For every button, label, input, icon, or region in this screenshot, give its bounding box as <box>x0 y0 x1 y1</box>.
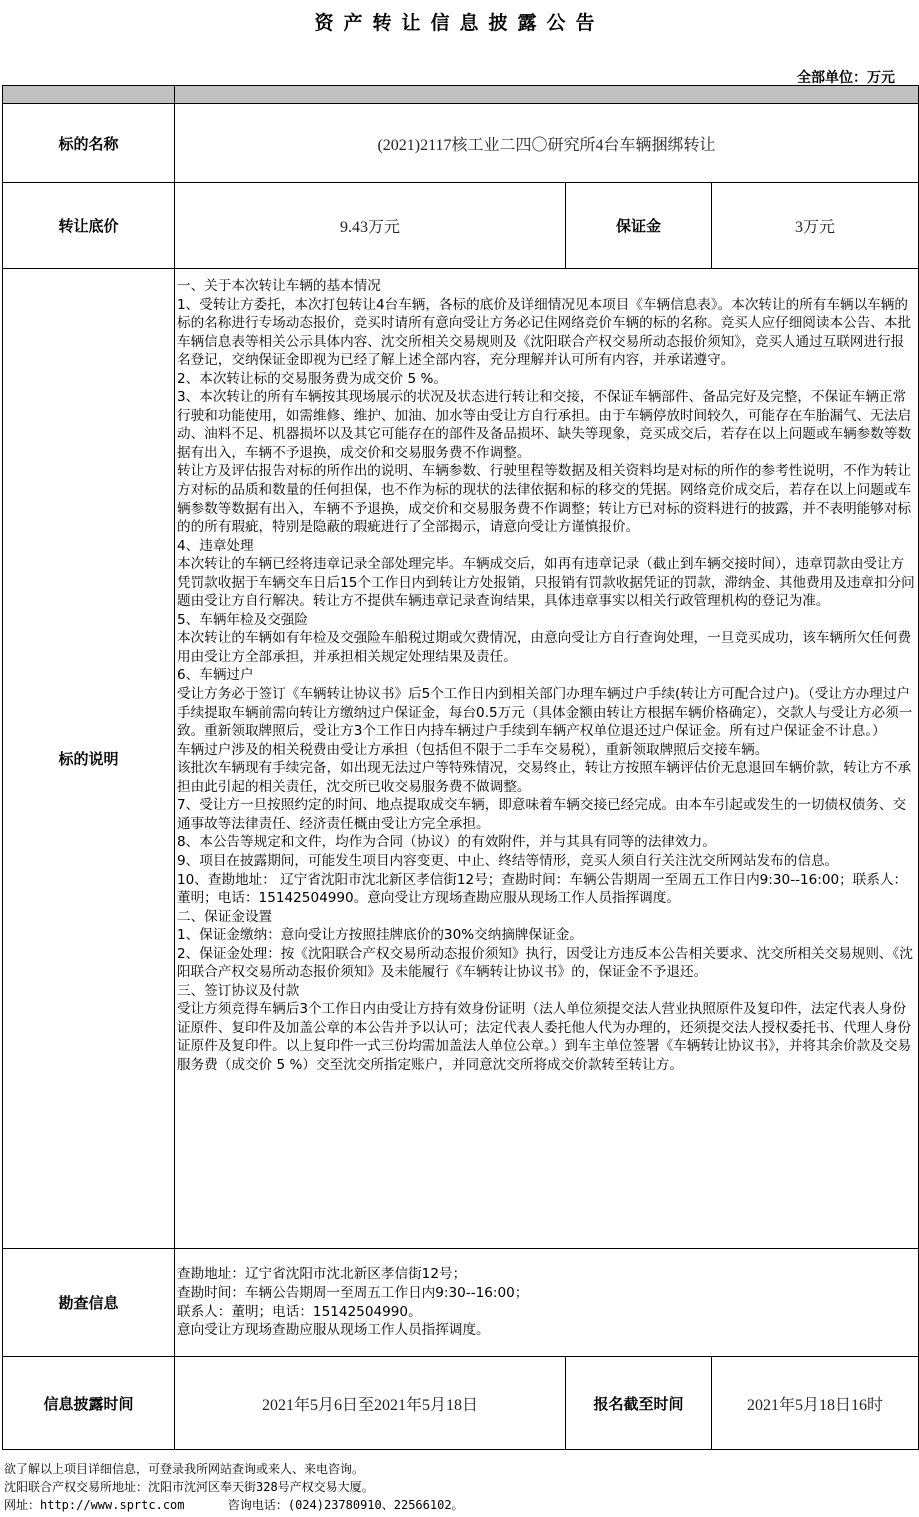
row-timing: 信息披露时间 2021年5月6日至2021年5月18日 报名截至时间 2021年… <box>3 1357 919 1450</box>
registration-deadline-value: 2021年5月18日16时 <box>712 1357 919 1450</box>
footer-info: 欲了解以上项目详细信息，可登录我所网站查询或来人、来电咨询。 沈阳联合产权交易所… <box>4 1460 464 1514</box>
description-content: 一、关于本次转让车辆的基本情况 1、受转让方委托，本次打包转让4台车辆，各标的底… <box>175 269 919 1249</box>
description-paragraph: 受让方须竞得车辆后3个工作日内由受让方持有效身份证明（法人单位须提交法人营业执照… <box>177 1000 915 1074</box>
inspection-time: 查勘时间：车辆公告期周一至周五工作日内9:30--16:00； <box>177 1284 916 1303</box>
row-price: 转让底价 9.43万元 保证金 3万元 <box>3 183 919 269</box>
header-cell-right <box>175 86 919 104</box>
reserve-price-label: 转让底价 <box>3 183 175 269</box>
footer-inquiry-note: 欲了解以上项目详细信息，可登录我所网站查询或来人、来电咨询。 <box>4 1460 464 1478</box>
registration-deadline-label: 报名截至时间 <box>566 1357 712 1450</box>
footer-website-phone: 网址：http://www.sprtc.com 咨询电话：(024)237809… <box>4 1496 464 1514</box>
row-description: 标的说明 一、关于本次转让车辆的基本情况 1、受转让方委托，本次打包转让4台车辆… <box>3 269 919 1249</box>
description-label: 标的说明 <box>3 269 175 1249</box>
description-paragraph: 1、受转让方委托，本次打包转让4台车辆，各标的底价及详细情况见本项目《车辆信息表… <box>177 296 915 370</box>
row-asset-name: 标的名称 (2021)2117核工业二四〇研究所4台车辆捆绑转让 <box>3 104 919 183</box>
subsection-heading: 5、车辆年检及交强险 <box>177 611 915 630</box>
unit-label: 全部单位：万元 <box>797 67 895 87</box>
header-cell-left <box>3 86 175 104</box>
description-paragraph: 10、查勘地址： 辽宁省沈阳市沈北新区孝信街12号；查勘时间：车辆公告期周一至周… <box>177 871 915 908</box>
description-paragraph: 3、本次转让的所有车辆按其现场展示的状况及状态进行转让和交接，不保证车辆部件、备… <box>177 388 915 462</box>
disclosure-table: 标的名称 (2021)2117核工业二四〇研究所4台车辆捆绑转让 转让底价 9.… <box>2 85 919 1450</box>
description-paragraph: 该批次车辆现有手续完备，如出现无法过户等特殊情况，交易终止，转让方按照车辆评估价… <box>177 759 915 796</box>
description-paragraph: 本次转让的车辆如有年检及交强险车船税过期或欠费情况，由意向受让方自行查询处理，一… <box>177 629 915 666</box>
header-row <box>3 86 919 104</box>
section-heading: 三、签订协议及付款 <box>177 982 915 1001</box>
footer-address: 沈阳联合产权交易所地址：沈阳市沈河区奉天街328号产权交易大厦。 <box>4 1478 464 1496</box>
asset-name-value: (2021)2117核工业二四〇研究所4台车辆捆绑转让 <box>175 104 919 183</box>
description-paragraph: 受让方务必于签订《车辆转让协议书》后5个工作日内到相关部门办理车辆过户手续(转让… <box>177 685 915 741</box>
subsection-heading: 6、车辆过户 <box>177 666 915 685</box>
disclosure-period-value: 2021年5月6日至2021年5月18日 <box>175 1357 566 1450</box>
description-paragraph: 8、本公告等规定和文件，均作为合同（协议）的有效附件，并与其具有同等的法律效力。 <box>177 833 915 852</box>
subsection-heading: 4、违章处理 <box>177 537 915 556</box>
deposit-value: 3万元 <box>712 183 919 269</box>
description-paragraph: 7、受让方一旦按照约定的时间、地点提取成交车辆，即意味着车辆交接已经完成。由本车… <box>177 796 915 833</box>
inspection-note: 意向受让方现场查勘应服从现场工作人员指挥调度。 <box>177 1321 916 1340</box>
page-title: 资产转让信息披露公告 <box>0 8 919 35</box>
description-paragraph: 1、保证金缴纳：意向受让方按照挂牌底价的30%交纳摘牌保证金。 <box>177 926 915 945</box>
inspection-address: 查勘地址：辽宁省沈阳市沈北新区孝信街12号； <box>177 1265 916 1284</box>
section-heading: 一、关于本次转让车辆的基本情况 <box>177 277 915 296</box>
description-paragraph: 转让方及评估报告对标的所作出的说明、车辆参数、行驶里程等数据及相关资料均是对标的… <box>177 462 915 536</box>
section-heading: 二、保证金设置 <box>177 908 915 927</box>
reserve-price-value: 9.43万元 <box>175 183 566 269</box>
description-paragraph: 本次转让的车辆已经将违章记录全部处理完毕。车辆成交后，如再有违章记录（截止到车辆… <box>177 555 915 611</box>
description-paragraph: 车辆过户涉及的相关税费由受让方承担（包括但不限于二手车交易税），重新领取牌照后交… <box>177 741 915 760</box>
inspection-content: 查勘地址：辽宁省沈阳市沈北新区孝信街12号； 查勘时间：车辆公告期周一至周五工作… <box>175 1249 919 1357</box>
asset-name-label: 标的名称 <box>3 104 175 183</box>
deposit-label: 保证金 <box>566 183 712 269</box>
disclosure-period-label: 信息披露时间 <box>3 1357 175 1450</box>
description-paragraph: 9、项目在披露期间，可能发生项目内容变更、中止、终结等情形，竞买人须自行关注沈交… <box>177 852 915 871</box>
description-paragraph: 2、保证金处理：按《沈阳联合产权交易所动态报价须知》执行，因受让方违反本公告相关… <box>177 945 915 982</box>
row-inspection: 勘查信息 查勘地址：辽宁省沈阳市沈北新区孝信街12号； 查勘时间：车辆公告期周一… <box>3 1249 919 1357</box>
inspection-contact: 联系人：董明；电话：15142504990。 <box>177 1303 916 1322</box>
description-paragraph: 2、本次转让标的交易服务费为成交价 5 %。 <box>177 370 915 389</box>
inspection-label: 勘查信息 <box>3 1249 175 1357</box>
